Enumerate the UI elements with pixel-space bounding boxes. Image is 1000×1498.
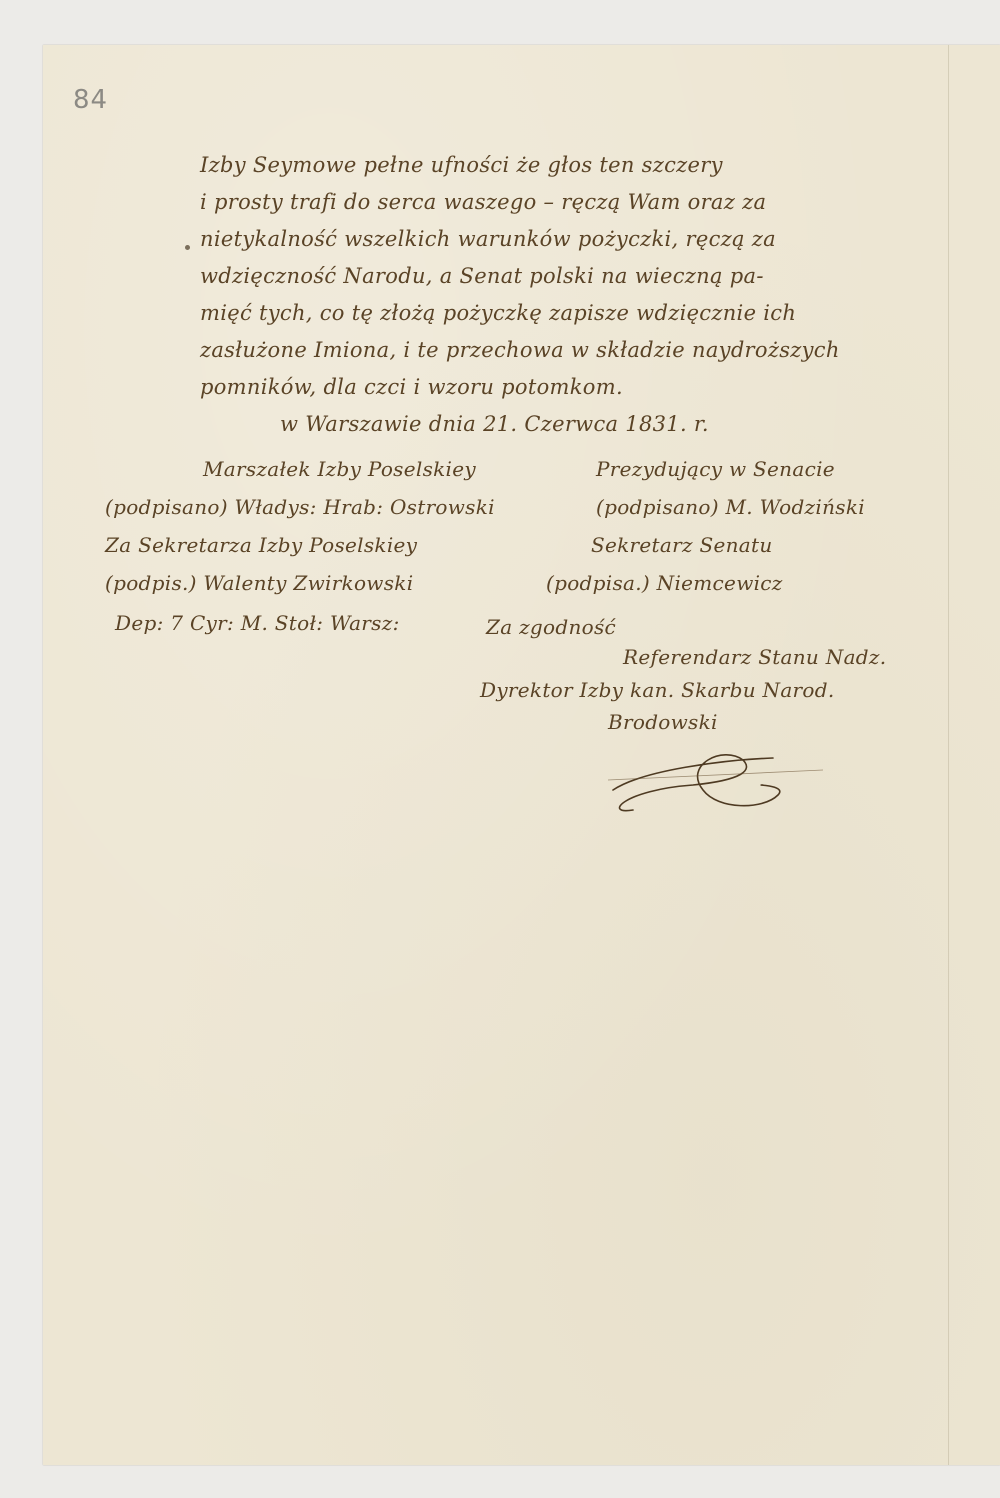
manuscript-page: 84 Izby Seymowe pełne ufności że głos te… bbox=[43, 45, 1000, 1465]
body-line-6: zasłużone Imiona, i te przechowa w skład… bbox=[200, 338, 840, 362]
sig-right-3: Sekretarz Senatu bbox=[591, 533, 773, 557]
sig-right-2: (podpisano) M. Wodziński bbox=[596, 495, 865, 519]
sig-left-1: Marszałek Izby Poselskiey bbox=[203, 457, 476, 481]
sig-right-4: (podpisa.) Niemcewicz bbox=[546, 571, 783, 595]
body-line-3: nietykalność wszelkich warunków pożyczki… bbox=[200, 227, 776, 251]
page-crease bbox=[948, 45, 949, 1465]
sig-left-3: Za Sekretarza Izby Poselskiey bbox=[105, 533, 417, 557]
attestation-line-1: Referendarz Stanu Nadz. bbox=[623, 645, 886, 669]
sig-left-2: (podpisano) Władys: Hrab: Ostrowski bbox=[105, 495, 495, 519]
page-number: 84 bbox=[73, 85, 108, 115]
body-line-2: i prosty trafi do serca waszego – ręczą … bbox=[200, 190, 766, 214]
date-line: w Warszawie dnia 21. Czerwca 1831. r. bbox=[280, 412, 709, 436]
body-line-7: pomników, dla czci i wzoru potomkom. bbox=[200, 375, 623, 399]
attestation-signature: Brodowski bbox=[608, 710, 718, 734]
sig-right-1: Prezydujący w Senacie bbox=[596, 457, 835, 481]
sig-left-4: (podpis.) Walenty Zwirkowski bbox=[105, 571, 413, 595]
body-line-1: Izby Seymowe pełne ufności że głos ten s… bbox=[200, 153, 723, 177]
body-line-5: mięć tych, co tę złożą pożyczkę zapisze … bbox=[200, 301, 796, 325]
attestation-line-2: Dyrektor Izby kan. Skarbu Narod. bbox=[480, 678, 835, 702]
ink-spot bbox=[185, 245, 190, 250]
body-line-4: wdzięczność Narodu, a Senat polski na wi… bbox=[200, 264, 764, 288]
signature-flourish-icon bbox=[603, 740, 843, 820]
registry-note: Dep: 7 Cyr: M. Stoł: Warsz: bbox=[115, 611, 400, 635]
attestation-label: Za zgodność bbox=[486, 615, 616, 639]
